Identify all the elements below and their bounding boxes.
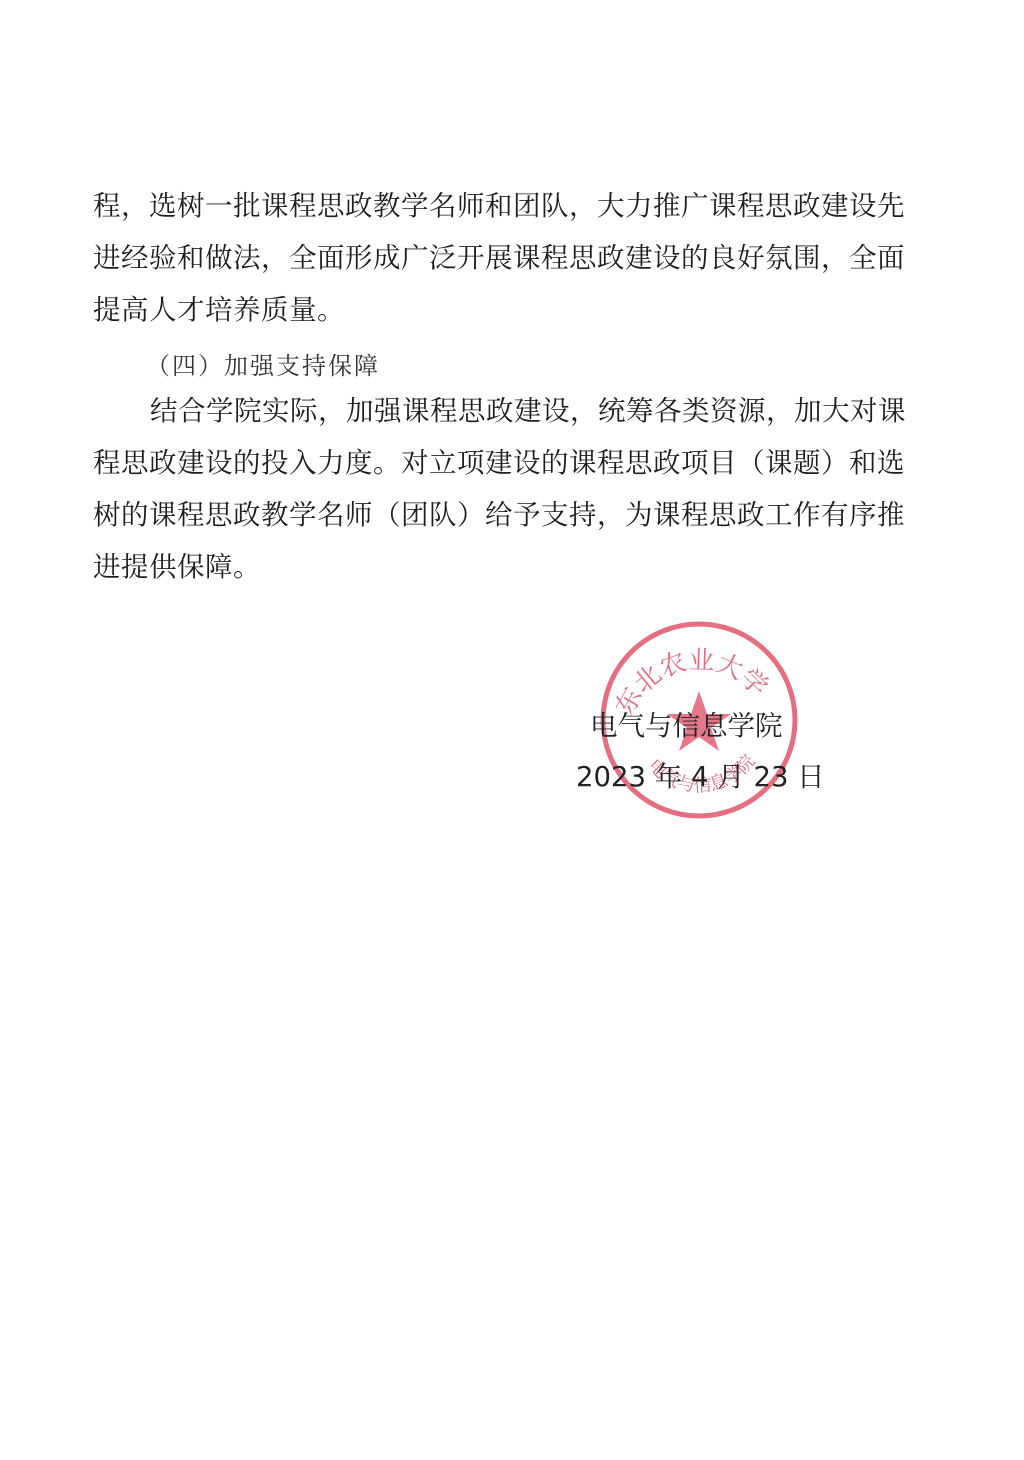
paragraph-line: 进经验和做法，全面形成广泛开展课程思政建设的良好氛围，全面 <box>93 245 905 273</box>
paragraph-line: 程，选树一批课程思政教学名师和团队，大力推广课程思政建设先 <box>93 193 905 221</box>
paragraph-line: 程思政建设的投入力度。对立项建设的课程思政项目（课题）和选 <box>93 450 905 478</box>
paragraph-line: 树的课程思政教学名师（团队）给予支持，为课程思政工作有序推 <box>93 502 905 530</box>
signature-date: 2023 年 4 月 23 日 <box>576 754 825 794</box>
signature-organization: 电气与信息学院 <box>590 703 783 743</box>
paragraph-line: 提高人才培养质量。 <box>93 297 345 325</box>
paragraph-line: 进提供保障。 <box>93 554 261 582</box>
paragraph-line: 结合学院实际，加强课程思政建设，统筹各类资源，加大对课 <box>150 398 906 426</box>
section-heading: （四）加强支持保障 <box>146 346 380 381</box>
